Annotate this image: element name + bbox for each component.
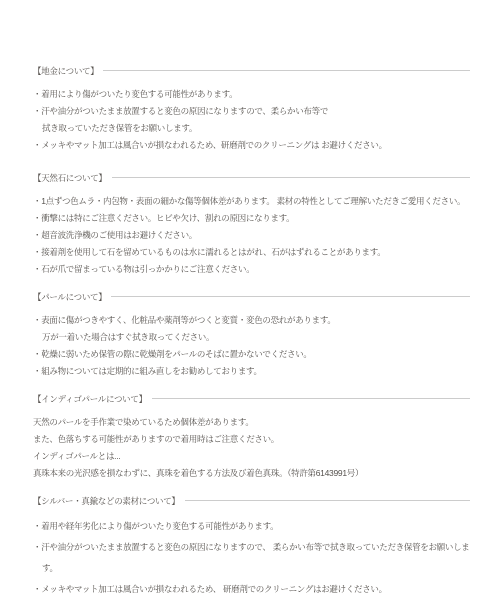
section-indigo-pearl-header: 【インディゴパールについて】 bbox=[33, 390, 470, 407]
note-line: 天然のパールを手作業で染めているため個体差があります。 bbox=[33, 414, 470, 431]
section-metal-header: 【地金について】 bbox=[33, 62, 470, 79]
section-metal-body: ・着用により傷がついたり変色する可能性があります。 ・汗や油分がついたまま放置す… bbox=[33, 86, 470, 154]
note-line: インディゴパールとは... bbox=[33, 448, 470, 465]
note-line: ・汗や油分がついたまま放置すると変色の原因になりますので、 柔らかい布等で拭き取… bbox=[33, 537, 470, 579]
section-metal-title: 【地金について】 bbox=[33, 65, 98, 77]
divider-line bbox=[185, 500, 470, 501]
note-line: ・1点ずつ色ムラ・内包物・表面の細かな傷等個体差があります。 素材の特性としてご… bbox=[33, 193, 470, 210]
note-line: ・超音波洗浄機のご使用はお避けください。 bbox=[33, 227, 470, 244]
section-metal: 【地金について】 ・着用により傷がついたり変色する可能性があります。 ・汗や油分… bbox=[33, 62, 470, 154]
section-indigo-pearl-body: 天然のパールを手作業で染めているため個体差があります。 また、色落ちする可能性が… bbox=[33, 414, 470, 482]
note-line: ・メッキやマット加工は風合いが損なわれるため、研磨剤でのクリーニングは お避けく… bbox=[33, 137, 470, 154]
note-line: ・着用により傷がついたり変色する可能性があります。 bbox=[33, 86, 470, 103]
note-line: ・組み物については定期的に組み直しをお勧めしております。 bbox=[33, 363, 470, 380]
note-line: ・着用や経年劣化により傷がついたり変色する可能性があります。 bbox=[33, 516, 470, 537]
section-pearl-header: 【パールについて】 bbox=[33, 288, 470, 305]
section-natural-stone: 【天然石について】 ・1点ずつ色ムラ・内包物・表面の細かな傷等個体差があります。… bbox=[33, 169, 470, 278]
section-pearl-title: 【パールについて】 bbox=[33, 291, 106, 303]
divider-line bbox=[152, 398, 470, 399]
section-silver-brass-title: 【シルバー・真鍮などの素材について】 bbox=[33, 495, 180, 507]
section-silver-brass-body: ・着用や経年劣化により傷がついたり変色する可能性があります。 ・汗や油分がついた… bbox=[33, 516, 470, 600]
note-line: ・汗や油分がついたまま放置すると変色の原因になりますので、柔らかい布等で 拭き取… bbox=[33, 103, 470, 137]
section-natural-stone-title: 【天然石について】 bbox=[33, 172, 107, 184]
section-natural-stone-header: 【天然石について】 bbox=[33, 169, 470, 186]
note-line: 真珠本来の光沢感を損なわずに、真珠を着色する方法及び着色真珠。（特許第61439… bbox=[33, 465, 470, 482]
section-natural-stone-body: ・1点ずつ色ムラ・内包物・表面の細かな傷等個体差があります。 素材の特性としてご… bbox=[33, 193, 470, 278]
section-indigo-pearl: 【インディゴパールについて】 天然のパールを手作業で染めているため個体差がありま… bbox=[33, 390, 470, 482]
note-line: ・接着剤を使用して石を留めているものは水に濡れるとはがれ、石がはずれることがあり… bbox=[33, 244, 470, 261]
note-line: また、色落ちする可能性がありますので着用時はご注意ください。 bbox=[33, 431, 470, 448]
divider-line bbox=[112, 177, 470, 178]
section-pearl-body: ・表面に傷がつきやすく、化粧品や薬剤等がつくと変質・変色の恐れがあります。 万が… bbox=[33, 312, 470, 380]
divider-line bbox=[103, 70, 470, 71]
note-line: ・乾燥に弱いため保管の際に乾燥剤をパールのそばに置かないでください。 bbox=[33, 346, 470, 363]
section-silver-brass-header: 【シルバー・真鍮などの素材について】 bbox=[33, 492, 470, 509]
section-indigo-pearl-title: 【インディゴパールについて】 bbox=[33, 393, 147, 405]
note-line: ・衝撃には特にご注意ください。ヒビや欠け、割れの原因になります。 bbox=[33, 210, 470, 227]
note-line: ・メッキやマット加工は風合いが損なわれるため、 研磨剤でのクリーニングはお避けく… bbox=[33, 579, 470, 600]
note-line: ・表面に傷がつきやすく、化粧品や薬剤等がつくと変質・変色の恐れがあります。 万が… bbox=[33, 312, 470, 346]
section-silver-brass: 【シルバー・真鍮などの素材について】 ・着用や経年劣化により傷がついたり変色する… bbox=[33, 492, 470, 600]
note-line: ・石が爪で留まっている物は引っかかりにご注意ください。 bbox=[33, 261, 470, 278]
section-pearl: 【パールについて】 ・表面に傷がつきやすく、化粧品や薬剤等がつくと変質・変色の恐… bbox=[33, 288, 470, 380]
care-notes-document: 【地金について】 ・着用により傷がついたり変色する可能性があります。 ・汗や油分… bbox=[0, 0, 500, 600]
divider-line bbox=[111, 296, 470, 297]
